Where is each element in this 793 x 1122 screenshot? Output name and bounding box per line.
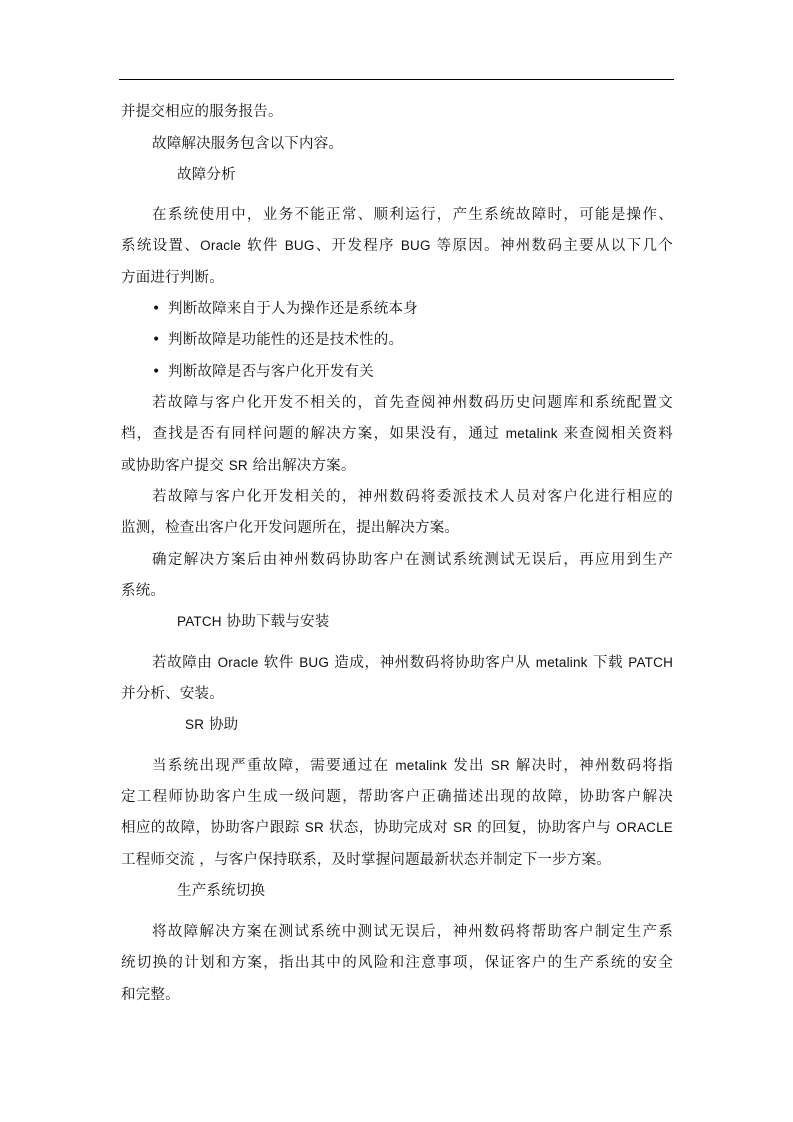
latin-run: PATCH: [177, 614, 222, 629]
text-line: 确定解决方案后由神州数码协助客户在测试系统测试无误后，再应用到生产: [152, 550, 673, 570]
text-line: 定工程师协助客户生成一级问题，帮助客户正确描述出现的故障，协助客户解决: [121, 787, 673, 807]
bullet-icon: •: [152, 299, 160, 319]
latin-run: SR: [491, 758, 510, 773]
latin-run: BUG: [285, 238, 315, 253]
text-line: 若故障与客户化开发不相关的，首先查阅神州数码历史问题库和系统配置文: [152, 393, 673, 413]
latin-run: SR: [229, 458, 248, 473]
text-line: 生产系统切换: [177, 881, 737, 901]
text-line: 故障分析: [177, 165, 737, 185]
text-line: 监测，检查出客户化开发问题所在，提出解决方案。: [121, 518, 681, 538]
text-line: 在系统使用中，业务不能正常、顺利运行，产生系统故障时，可能是操作、: [152, 205, 673, 225]
text-line: 档，查找是否有同样问题的解决方案，如果没有，通过 metalink 来查阅相关资…: [121, 424, 673, 444]
latin-run: ORACLE: [616, 820, 673, 835]
text-line: PATCH 协助下载与安装: [177, 612, 737, 632]
latin-run: BUG: [401, 238, 431, 253]
text-line: 并提交相应的服务报告。: [121, 102, 681, 122]
latin-run: metalink: [506, 426, 558, 441]
bullet-item: 判断故障来自于人为操作还是系统本身: [168, 299, 728, 319]
latin-run: metalink: [395, 758, 447, 773]
latin-run: SR: [305, 820, 324, 835]
text-line: 将故障解决方案在测试系统中测试无误后，神州数码将帮助客户制定生产系: [152, 922, 673, 942]
text-line: 统切换的计划和方案，指出其中的风险和注意事项，保证客户的生产系统的安全: [121, 953, 673, 973]
text-line: 若故障与客户化开发相关的，神州数码将委派技术人员对客户化进行相应的: [152, 487, 673, 507]
latin-run: Oracle: [218, 655, 259, 670]
text-line: SR 协助: [185, 715, 745, 735]
text-line: 相应的故障，协助客户跟踪 SR 状态，协助完成对 SR 的回复，协助客户与 OR…: [121, 818, 673, 838]
latin-run: metalink: [536, 655, 588, 670]
bullet-item: 判断故障是否与客户化开发有关: [168, 362, 728, 382]
text-line: 并分析、安装。: [121, 684, 681, 704]
latin-run: SR: [185, 717, 204, 732]
text-line: 若故障由 Oracle 软件 BUG 造成，神州数码将协助客户从 metalin…: [152, 653, 673, 673]
text-line: 工程师交流 ，与客户保持联系，及时掌握问题最新状态并制定下一步方案。: [121, 850, 681, 870]
latin-run: Oracle: [200, 238, 241, 253]
text-line: 系统。: [121, 581, 681, 601]
latin-run: BUG: [299, 655, 329, 670]
text-line: 方面进行判断。: [121, 268, 681, 288]
text-line: 或协助客户提交 SR 给出解决方案。: [121, 456, 681, 476]
header-rule: [119, 79, 674, 80]
bullet-icon: •: [152, 362, 160, 382]
latin-run: PATCH: [628, 655, 673, 670]
text-line: 故障解决服务包含以下内容。: [152, 134, 712, 154]
bullet-icon: •: [152, 330, 160, 350]
latin-run: SR: [453, 820, 472, 835]
text-line: 和完整。: [121, 985, 681, 1005]
text-line: 当系统出现严重故障，需要通过在 metalink 发出 SR 解决时，神州数码将…: [152, 756, 673, 776]
text-line: 系统设置、Oracle 软件 BUG、开发程序 BUG 等原因。神州数码主要从以…: [121, 236, 673, 256]
bullet-item: 判断故障是功能性的还是技术性的。: [168, 330, 728, 350]
